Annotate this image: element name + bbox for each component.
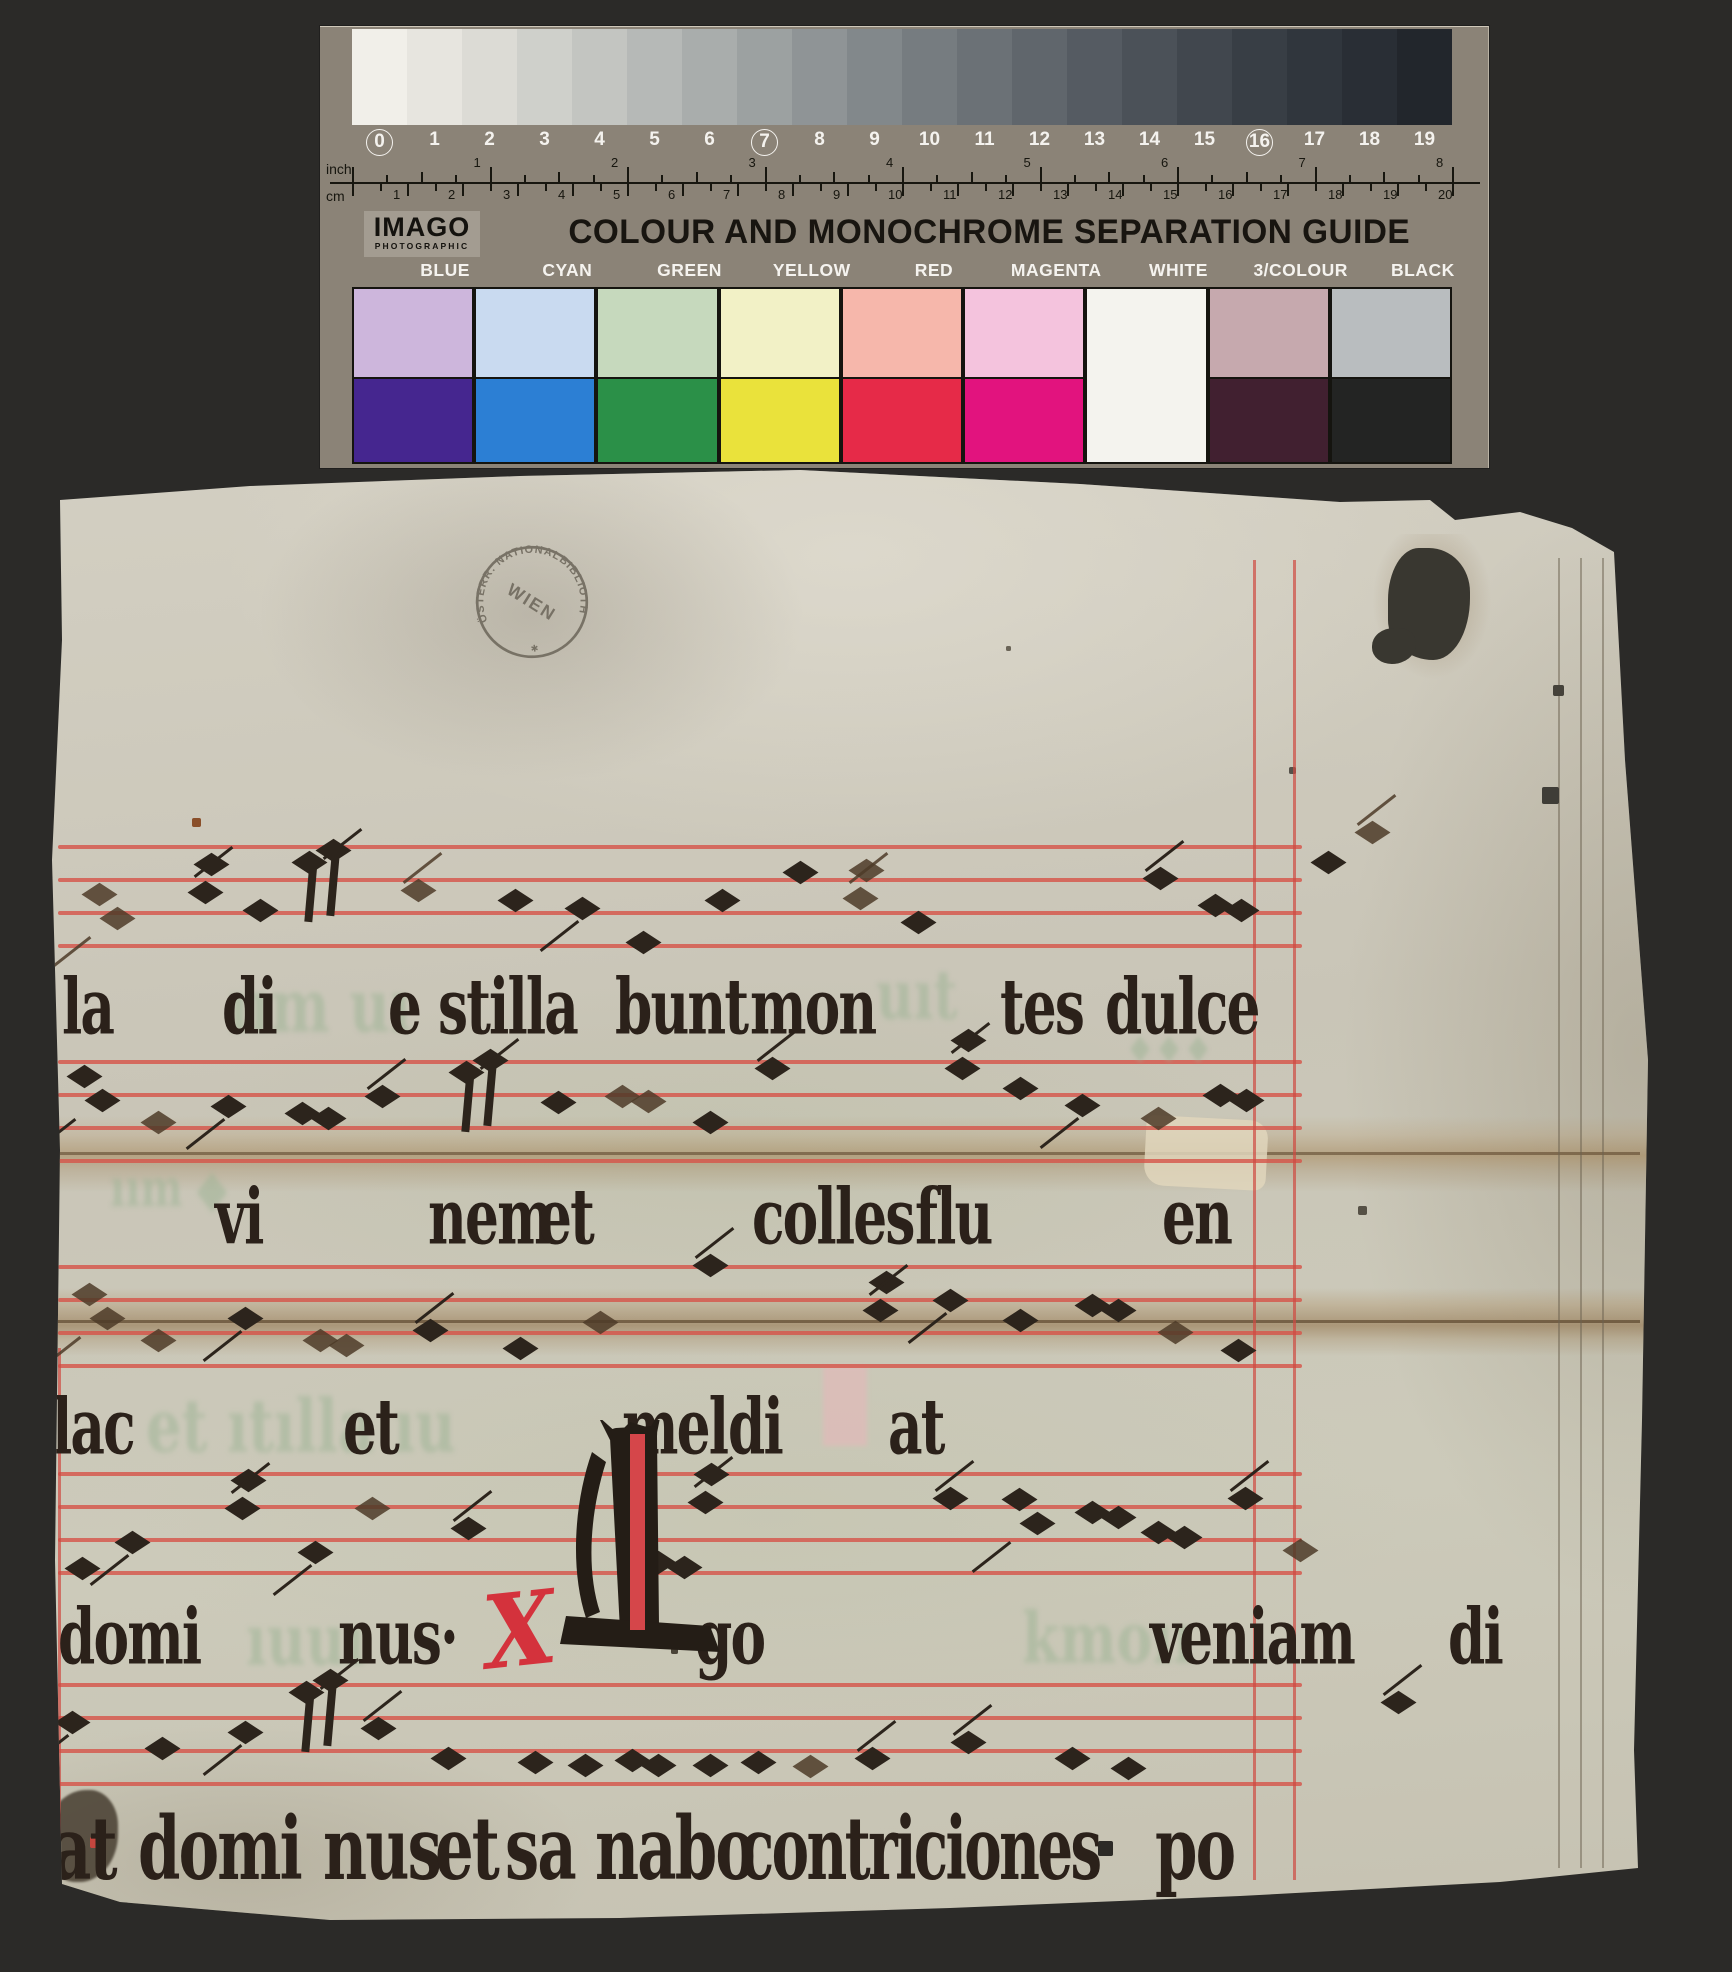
grayscale-number-14: 14 [1122,129,1177,151]
patch-RED-light [841,287,963,379]
grayscale-number-label: 6 [704,129,715,150]
neume-mark [567,1754,603,1777]
neume-mark [1110,1757,1146,1780]
neume-mark [932,1289,968,1312]
grayscale-number-label: 14 [1139,129,1160,150]
neume-mark [692,1111,728,1134]
ruler-cm: cm 1234567891011121314151617181920 [320,184,1488,198]
grayscale-number-7: 7 [737,129,792,156]
cm-number-9: 9 [833,187,840,202]
stamp-ring-text: ÖSTERR. NATIONALBIBLIOTHEK [464,534,592,628]
text-word-vi: vi [215,1172,263,1262]
grayscale-patch-1 [407,29,462,125]
grayscale-number-label: 5 [649,129,660,150]
grayscale-number-9: 9 [847,129,902,151]
neume-mark [140,1111,176,1134]
staff-3-line-4 [58,1364,1302,1368]
cm-tick [985,184,987,191]
inch-tick [799,175,801,182]
patch-YELLOW-saturated [719,377,841,464]
red-rubric-ornament: X [479,1576,561,1684]
patch-CYAN-light [474,287,596,379]
inch-number-2: 2 [611,155,618,170]
inch-tick [1211,175,1213,182]
cm-number-10: 10 [888,187,902,202]
neume-mark [497,889,533,912]
neume-mark [144,1737,180,1760]
cm-tick [352,184,354,196]
cm-number-7: 7 [723,187,730,202]
grayscale-number-19: 19 [1397,129,1452,151]
fold-line [1602,558,1604,1868]
staff-5-line-4 [58,1782,1302,1786]
fold-line [1558,558,1560,1868]
patch-label-RED: RED [873,260,995,281]
neume-mark [210,1095,246,1118]
neume-mark [187,881,223,904]
text-word-domi: domi [58,1592,200,1682]
grayscale-number-label: 17 [1304,129,1325,150]
patch-BLACK-light [1330,287,1452,379]
neume-mark [792,1755,828,1778]
inch-tick [627,167,629,182]
neume-mark [1310,851,1346,874]
cm-number-12: 12 [998,187,1012,202]
neume-mark [114,1531,150,1554]
neume-mark [740,1751,776,1774]
grayscale-number-6: 6 [682,129,737,151]
patch-BLUE-light [352,287,474,379]
patch-MAGENTA-light [963,287,1085,379]
staff-5-line-2 [58,1716,1302,1720]
inch-tick [1349,175,1351,182]
cm-tick [1315,184,1317,191]
patch-label-MAGENTA: MAGENTA [995,260,1117,281]
cm-tick [765,184,767,191]
color-patches [352,287,1452,464]
patch-3/COLOUR-saturated [1208,377,1330,464]
illuminated-initial [558,1420,733,1675]
inch-tick [1005,175,1007,182]
cm-tick [710,184,712,191]
inch-tick [1315,167,1317,182]
patch-MAGENTA-saturated [963,377,1085,464]
show-through-1: uıt [876,956,958,1035]
grayscale-patch-10 [902,29,957,125]
grayscale-number-11: 11 [957,129,1012,151]
cm-number-2: 2 [448,187,455,202]
fold-line [1580,558,1582,1868]
staff-2-line-1 [58,1060,1302,1064]
grayscale-number-5: 5 [627,129,682,151]
ruler-inch: inch 12345678 [320,157,1488,182]
neume-mark [1002,1077,1038,1100]
neume-mark [517,1751,553,1774]
text-word-stilla: stilla [438,962,577,1052]
text-word-lac: lac [52,1382,134,1472]
inch-tick [1143,175,1145,182]
neume-mark [1040,1117,1080,1149]
grayscale-number-17: 17 [1287,129,1342,151]
staff-5-line-1 [58,1683,1302,1687]
grayscale-patch-5 [627,29,682,125]
grayscale-strip [352,29,1452,125]
inch-number-6: 6 [1161,155,1168,170]
hole-stain [1372,534,1492,680]
cm-tick [875,184,877,191]
grayscale-number-label: 0 [366,129,393,156]
neume-mark [695,1227,735,1259]
text-word-domi: domi [138,1797,301,1900]
inch-number-5: 5 [1024,155,1031,170]
grayscale-number-label: 15 [1194,129,1215,150]
ruling-vline-1 [1293,560,1296,1880]
patch-label-3/COLOUR: 3/COLOUR [1240,260,1362,281]
patch-BLUE-saturated [352,377,474,464]
neume-mark [203,1330,243,1362]
inch-number-7: 7 [1299,155,1306,170]
neume-mark [1383,1664,1423,1696]
staff-1-line-4 [58,944,1302,948]
neume-mark [227,1721,263,1744]
neume-mark [81,883,117,906]
neume-mark [953,1704,993,1736]
inch-tick [1418,175,1420,182]
photo-stage: 012345678910111213141516171819 inch 1234… [0,0,1732,1972]
patch-WHITE [1085,287,1207,464]
grayscale-patch-19 [1397,29,1452,125]
neume-mark [227,1307,263,1330]
inch-tick [1074,175,1076,182]
cm-number-3: 3 [503,187,510,202]
neume-mark [692,1754,728,1777]
text-word-po: po [1155,1797,1234,1900]
card-brand-row: IMAGO PHOTOGRAPHIC COLOUR AND MONOCHROME… [320,205,1488,261]
cm-number-5: 5 [613,187,620,202]
neume-mark [502,1337,538,1360]
text-word-sa: sa [505,1797,575,1900]
hole-in-parchment-small [1372,628,1416,664]
inch-tick [765,167,767,182]
cm-tick [792,184,794,196]
cm-tick [682,184,684,196]
text-word-nus: nus [323,1797,440,1900]
neume-mark [1357,794,1397,826]
neume-mark [354,1497,390,1520]
grayscale-number-8: 8 [792,129,847,151]
cm-tick [462,184,464,196]
neume-mark [625,931,661,954]
cm-number-20: 20 [1438,187,1452,202]
neume-mark [842,887,878,910]
cm-tick [1370,184,1372,191]
cm-tick [627,184,629,196]
grayscale-number-12: 12 [1012,129,1067,151]
library-stamp: ÖSTERR. NATIONALBIBLIOTHEK ✱ WIEN [464,534,600,670]
inch-tick [352,167,354,182]
neume-mark [862,1299,898,1322]
cm-number-8: 8 [778,187,785,202]
patch-label-BLACK: BLACK [1362,260,1484,281]
inch-tick [455,175,457,182]
cm-number-6: 6 [668,187,675,202]
text-word-di: di [1448,1592,1502,1682]
cm-number-16: 16 [1218,187,1232,202]
cm-tick [1095,184,1097,191]
stamp-star: ✱ [530,643,539,654]
grayscale-number-18: 18 [1342,129,1397,151]
inch-tick [971,172,973,182]
tear-line-upper [50,1152,1640,1155]
staff-3-line-1 [58,1265,1302,1269]
inch-tick [1280,175,1282,182]
inch-tick [902,167,904,182]
cm-number-17: 17 [1273,187,1287,202]
inch-tick [558,172,560,182]
grayscale-number-label: 9 [869,129,880,150]
cm-number-11: 11 [943,187,957,202]
neume-mark [297,1541,333,1564]
cm-tick [847,184,849,196]
cm-tick [517,184,519,196]
inch-tick [661,175,663,182]
cm-number-18: 18 [1328,187,1342,202]
neume-mark [273,1564,313,1596]
grayscale-number-label: 12 [1029,129,1050,150]
staff-3-line-3 [58,1331,1302,1335]
grayscale-patch-7 [737,29,792,125]
neume-mark [1230,1460,1270,1492]
cm-tick [545,184,547,191]
grayscale-number-label: 10 [919,129,940,150]
grayscale-number-label: 18 [1359,129,1380,150]
patch-labels: BLUECYANGREENYELLOWREDMAGENTAWHITE3/COLO… [352,260,1452,284]
grayscale-number-label: 2 [484,129,495,150]
grayscale-number-1: 1 [407,129,462,151]
grayscale-patch-14 [1122,29,1177,125]
patch-label-CYAN: CYAN [506,260,628,281]
text-word-mon: mon [750,962,875,1052]
cm-number-15: 15 [1163,187,1177,202]
grayscale-patch-4 [572,29,627,125]
inch-number-1: 1 [474,155,481,170]
inch-tick [386,175,388,182]
inch-tick [1108,172,1110,182]
neume-mark [1282,1539,1318,1562]
cm-tick [957,184,959,196]
neume-mark [224,1497,260,1520]
grayscale-number-label: 19 [1414,129,1435,150]
staff-5-line-3 [58,1749,1302,1753]
cm-tick [655,184,657,191]
inch-tick [524,175,526,182]
grayscale-number-label: 11 [974,129,994,150]
neume-mark [242,899,278,922]
cm-number-13: 13 [1053,187,1067,202]
cm-tick [820,184,822,191]
neume-mark [71,1283,107,1306]
cm-number-14: 14 [1108,187,1122,202]
manuscript-parchment: ıım uıuıtet ıtılla ıuıuuıkmoıı◆ ◆ ◆ıım ◆… [50,468,1654,1924]
inch-tick [696,172,698,182]
cm-tick [572,184,574,196]
text-word-contriciones: contriciones [740,1797,1100,1900]
patch-label-GREEN: GREEN [628,260,750,281]
grayscale-patch-13 [1067,29,1122,125]
grayscale-number-0: 0 [352,129,407,156]
staff-2-line-4 [58,1159,1302,1163]
cm-tick [1260,184,1262,191]
cm-tick [490,184,492,191]
cm-label: cm [326,188,345,204]
grayscale-number-label: 13 [1084,129,1105,150]
grayscale-number-16: 16 [1232,129,1287,156]
grayscale-number-label: 1 [429,129,440,150]
grayscale-patch-15 [1177,29,1232,125]
cm-number-4: 4 [558,187,565,202]
text-word-en: en [1162,1172,1231,1262]
cm-tick [435,184,437,191]
logo-line1: IMAGO [364,213,480,241]
neume-mark [326,854,339,916]
text-word-at: at [888,1382,944,1472]
cm-tick [1425,184,1427,191]
grayscale-number-label: 4 [594,129,605,150]
staff-1-line-1 [58,845,1302,849]
neume-mark [704,889,740,912]
patch-RED-saturated [841,377,963,464]
logo-line2: PHOTOGRAPHIC [364,241,480,251]
inch-tick [1452,167,1454,182]
grayscale-patch-18 [1342,29,1397,125]
grayscale-number-label: 7 [751,129,778,156]
grayscale-number-3: 3 [517,129,572,151]
patch-3/COLOUR-light [1208,287,1330,379]
inch-tick [868,175,870,182]
text-word-colles: colles [752,1172,914,1262]
card-title: COLOUR AND MONOCHROME SEPARATION GUIDE [510,213,1468,252]
patch-label-BLUE: BLUE [384,260,506,281]
inch-tick [833,172,835,182]
grayscale-patch-17 [1287,29,1342,125]
cm-tick [380,184,382,191]
inch-tick [593,175,595,182]
text-word-e: e [388,962,420,1052]
imago-logo: IMAGO PHOTOGRAPHIC [364,211,480,257]
calibration-card: 012345678910111213141516171819 inch 1234… [320,26,1489,468]
text-word-veniam: veniam [1150,1592,1354,1682]
grayscale-patch-6 [682,29,737,125]
red-initial-show-through [823,1366,867,1446]
inch-number-8: 8 [1436,155,1443,170]
grayscale-patch-0 [352,29,407,125]
cm-number-1: 1 [393,187,400,202]
show-through-2: et ıtılla ıu [146,1384,456,1470]
text-word-tes: tes [1000,962,1083,1052]
grayscale-number-label: 3 [539,129,550,150]
inch-tick [1040,167,1042,182]
cm-tick [737,184,739,196]
cm-tick [407,184,409,196]
inch-label: inch [326,161,352,177]
dirt-specks [50,468,51,469]
cm-number-19: 19 [1383,187,1397,202]
text-word-at: at [52,1797,116,1900]
patch-CYAN-saturated [474,377,596,464]
grayscale-number-label: 8 [814,129,825,150]
grayscale-number-10: 10 [902,129,957,151]
cm-tick [600,184,602,191]
grayscale-patch-3 [517,29,572,125]
text-word-et: et [538,1172,593,1262]
cm-tick [1150,184,1152,191]
tear-line-lower [50,1320,1640,1323]
patch-GREEN-saturated [596,377,718,464]
grayscale-patch-12 [1012,29,1067,125]
neume-mark [908,1312,948,1344]
text-word-la: la [62,962,113,1052]
neume-mark [857,1720,897,1752]
neume-mark [89,1307,125,1330]
neume-mark [186,1118,226,1150]
grayscale-patch-16 [1232,29,1287,125]
inch-tick [1177,167,1179,182]
text-word-nabo: nabo [595,1797,754,1900]
patch-YELLOW-light [719,287,841,379]
patch-GREEN-light [596,287,718,379]
text-word-flu: flu [915,1172,992,1262]
staff-2-line-3 [58,1126,1302,1130]
inch-tick [421,172,423,182]
neume-mark [1157,1321,1193,1344]
inch-tick [730,175,732,182]
text-word-di: di [728,1382,782,1472]
grayscale-number-4: 4 [572,129,627,151]
cm-tick [1040,184,1042,191]
neume-mark [37,1118,77,1150]
grayscale-number-15: 15 [1177,129,1232,151]
staff-2-line-2 [58,1093,1302,1097]
neume-mark [66,1065,102,1088]
inch-tick [1383,172,1385,182]
hole-in-parchment [1388,548,1470,660]
text-word-nus·: nus· [338,1592,457,1682]
grayscale-patch-9 [847,29,902,125]
inch-tick [936,175,938,182]
inch-number-3: 3 [749,155,756,170]
text-word-bunt: bunt [615,962,747,1052]
grayscale-patch-8 [792,29,847,125]
stamp-center-text: WIEN [504,579,560,625]
neume-mark [323,1684,336,1746]
text-word-dulce: dulce [1105,962,1259,1052]
neume-mark [1002,1309,1038,1332]
inch-number-4: 4 [886,155,893,170]
neume-mark [415,1292,455,1324]
ruling-vline-0 [1253,560,1256,1880]
cm-tick [930,184,932,191]
grayscale-numbers: 012345678910111213141516171819 [352,127,1452,157]
neume-mark [564,897,600,920]
inch-tick [490,167,492,182]
neume-mark [1019,1512,1055,1535]
text-word-di: di [222,962,276,1052]
grayscale-patch-2 [462,29,517,125]
cm-tick [1205,184,1207,191]
grayscale-patch-11 [957,29,1012,125]
svg-text:ÖSTERR. NATIONALBIBLIOTHEK: ÖSTERR. NATIONALBIBLIOTHEK [464,534,592,628]
patch-label-YELLOW: YELLOW [751,260,873,281]
